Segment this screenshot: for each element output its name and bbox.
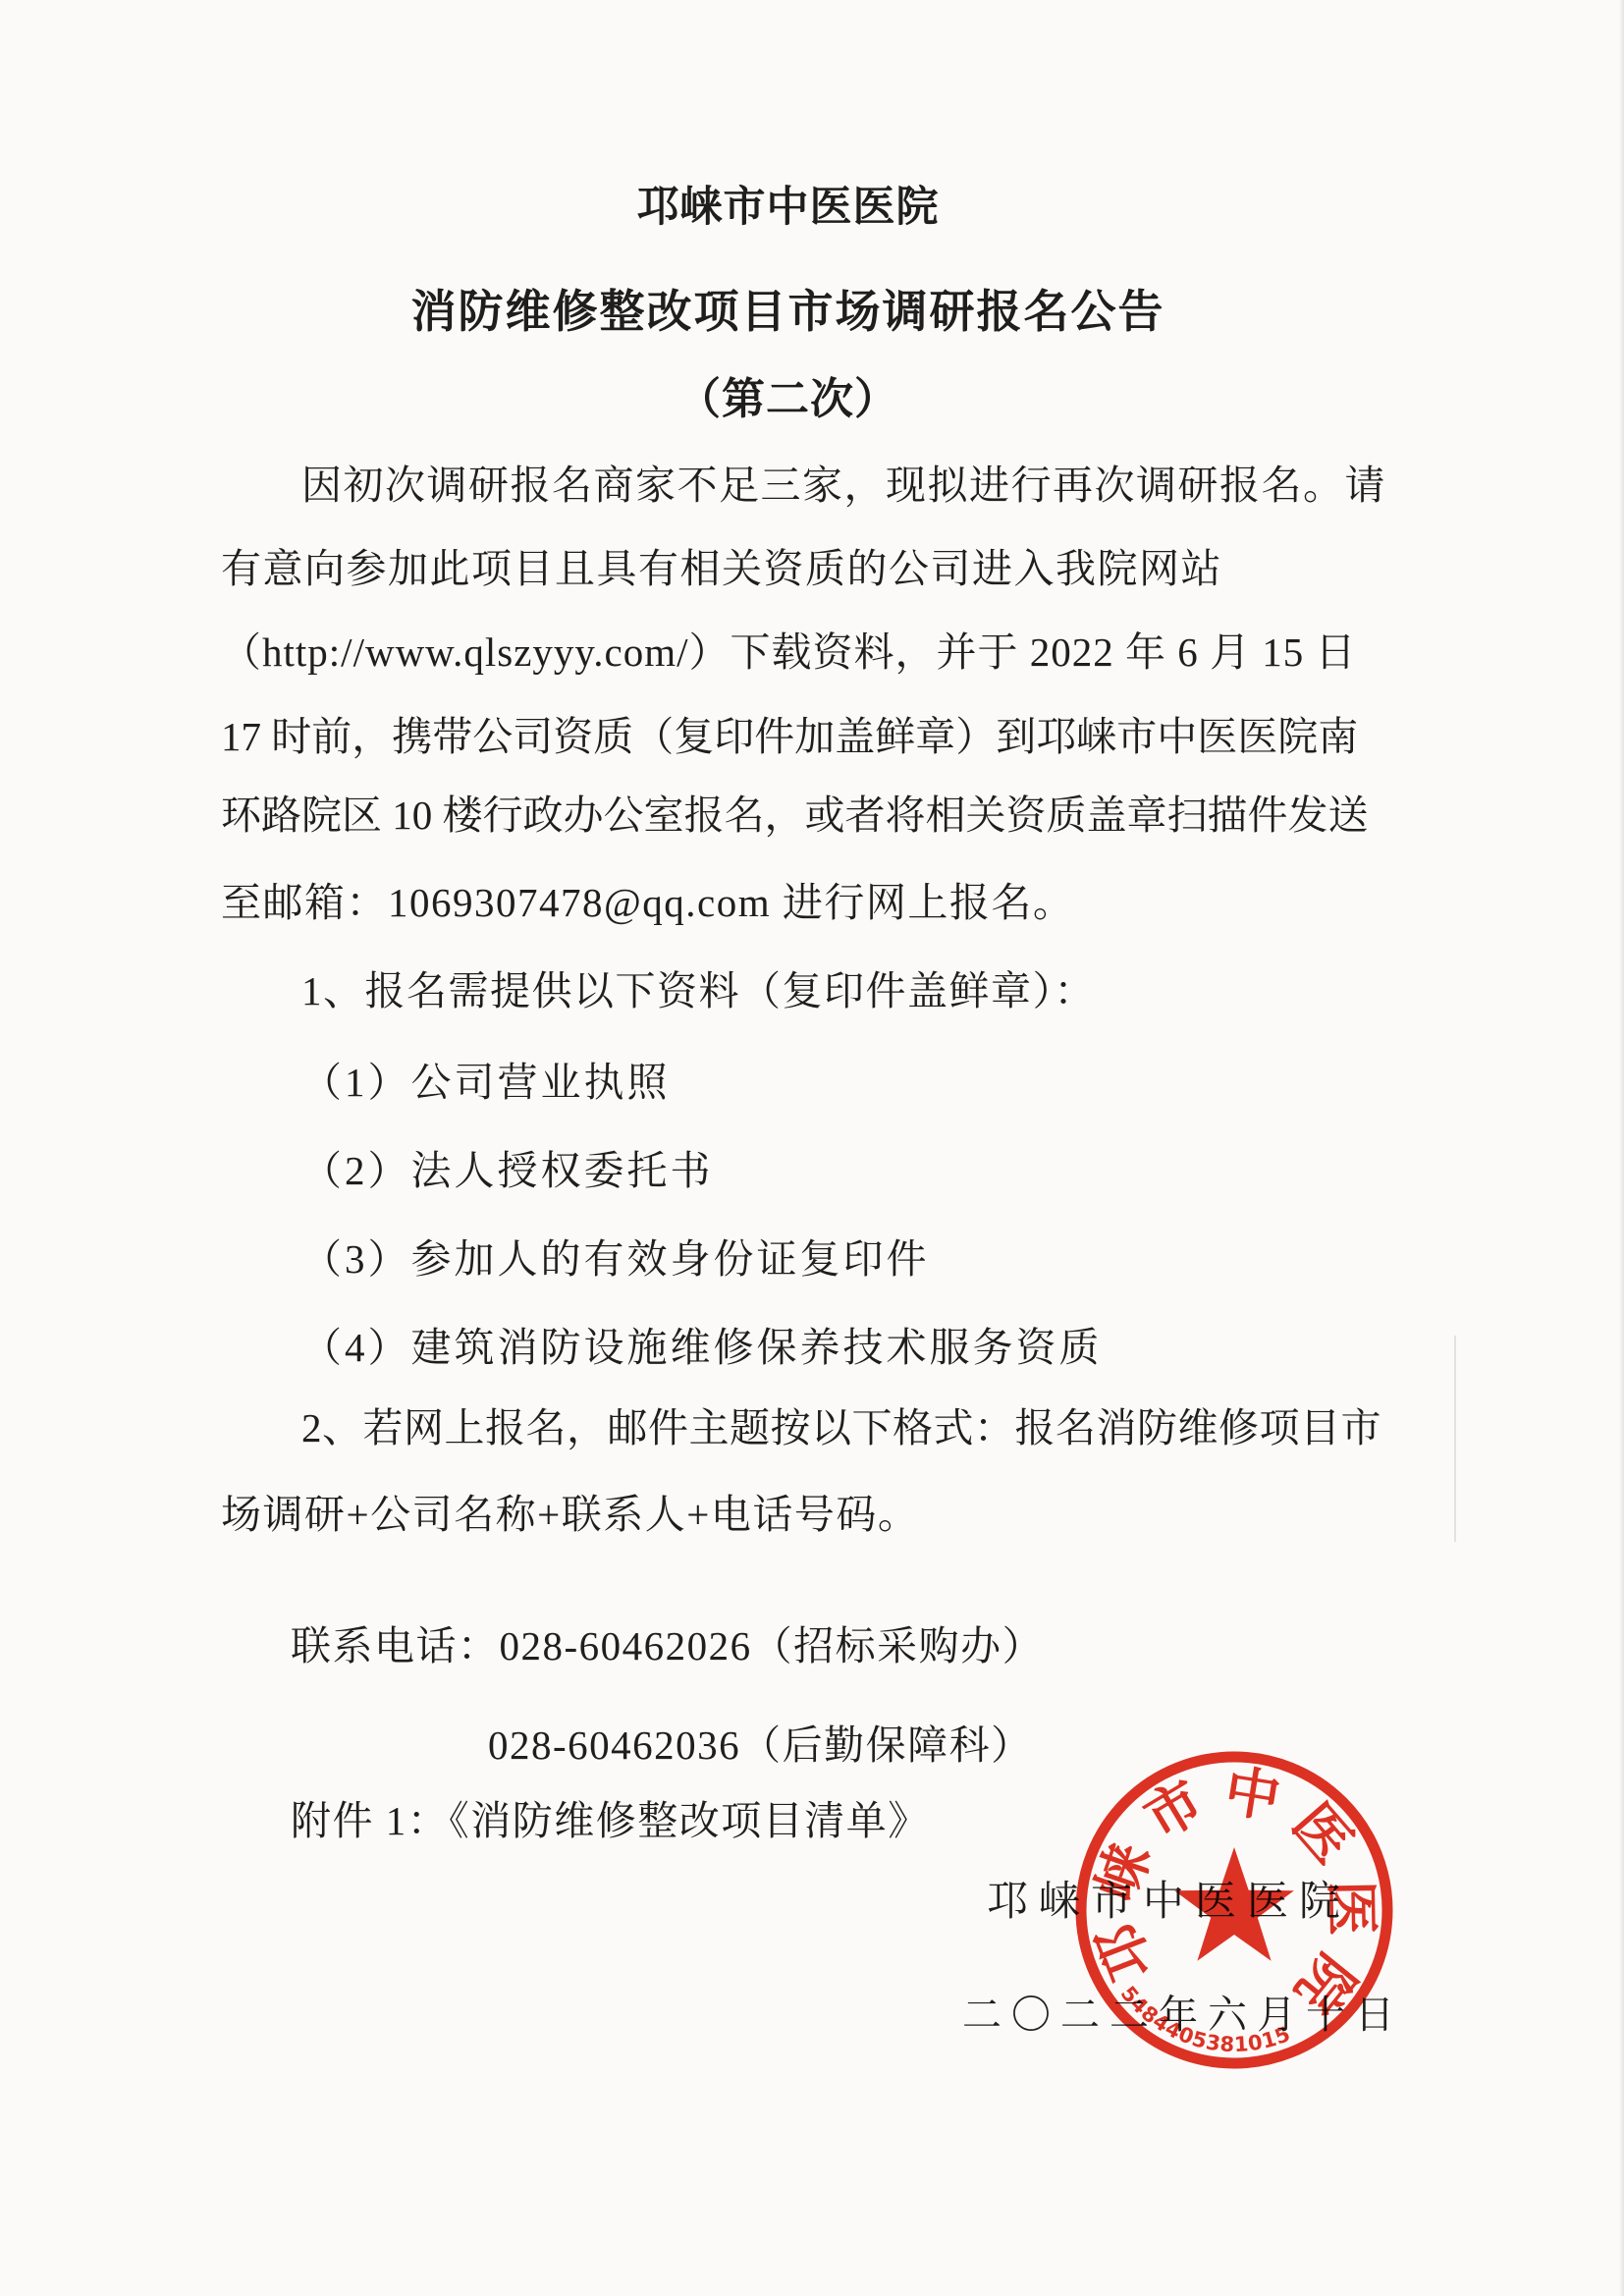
svg-text:1: 1 [1233, 2032, 1249, 2056]
svg-text:医: 医 [1319, 1880, 1380, 1936]
para-line-6: 至邮箱：1069307478@qq.com 进行网上报名。 [221, 879, 1074, 927]
contact-phone-2: 028-60462036（后勤保障科） [488, 1722, 1033, 1770]
attachment-note: 附件 1：《消防维修整改项目清单》 [291, 1797, 930, 1845]
scan-streak-artifact [1454, 1336, 1456, 1542]
svg-text:中: 中 [1220, 1761, 1284, 1830]
list1-item-3: （3）参加人的有效身份证复印件 [301, 1235, 930, 1284]
header-org-title: 邛崃市中医医院 [221, 183, 1355, 234]
list2-line-1: 2、若网上报名，邮件主题按以下格式：报名消防维修项目市 [301, 1404, 1381, 1452]
para-line-1: 因初次调研报名商家不足三家，现拟进行再次调研报名。请 [301, 462, 1386, 510]
contact-phone-1: 联系电话：028-60462026（招标采购办） [291, 1622, 1044, 1670]
para-line-2: 有意向参加此项目且具有相关资质的公司进入我院网站 [221, 545, 1222, 593]
scanned-document-page: 邛崃市中医医院 消防维修整改项目市场调研报名公告 （第二次） 因初次调研报名商家… [0, 0, 1624, 2296]
para-line-3: （http://www.qlszyyy.com/）下载资料，并于 2022 年 … [221, 629, 1356, 677]
list1-item-2: （2）法人授权委托书 [301, 1147, 714, 1195]
list1-intro: 1、报名需提供以下资料（复印件盖鲜章）： [301, 967, 1096, 1015]
svg-text:8: 8 [1219, 2032, 1235, 2056]
list1-item-4: （4）建筑消防设施维修保养技术服务资质 [301, 1324, 1103, 1372]
seal-star [1174, 1847, 1294, 1961]
official-seal: 邛崃市中医医院 5101835044845 [1057, 1733, 1411, 2087]
para-line-5: 环路院区 10 楼行政办公室报名，或者将相关资质盖章扫描件发送 [221, 792, 1369, 840]
page-edge-shadow [1619, 0, 1624, 2296]
header-round-label: （第二次） [221, 374, 1355, 426]
list2-line-2: 场调研+公司名称+联系人+电话号码。 [221, 1491, 919, 1539]
list1-item-1: （1）公司营业执照 [301, 1059, 671, 1107]
para-line-4: 17 时前，携带公司资质（复印件加盖鲜章）到邛崃市中医医院南 [221, 713, 1358, 761]
seal-serial: 5101835044845 [1116, 1982, 1294, 2056]
header-doc-title: 消防维修整改项目市场调研报名公告 [221, 285, 1355, 339]
